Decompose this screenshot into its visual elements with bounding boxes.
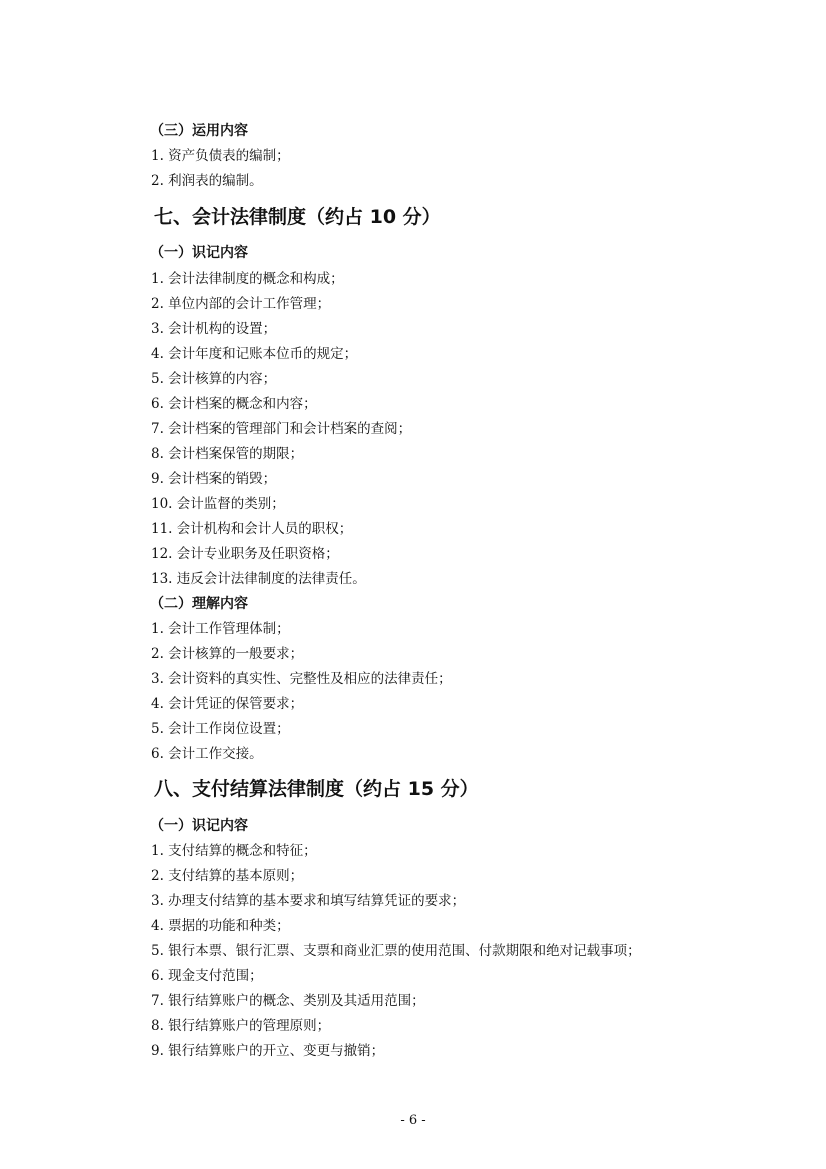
list-item: 6. 现金支付范围；	[151, 966, 263, 986]
list-item: 12. 会计专业职务及任职资格；	[151, 544, 339, 564]
list-item: 3. 会计机构的设置；	[151, 319, 276, 339]
subsection-heading: （一）识记内容	[150, 816, 248, 836]
subsection-heading: （二）理解内容	[150, 594, 248, 614]
list-item: 5. 会计核算的内容；	[151, 369, 276, 389]
document-page: - 6 - （三）运用内容1. 资产负债表的编制；2. 利润表的编制。七、会计法…	[0, 0, 826, 1169]
list-item: 4. 会计凭证的保管要求；	[151, 694, 303, 714]
section-heading: 七、会计法律制度（约占 10 分）	[154, 204, 441, 230]
list-item: 2. 会计核算的一般要求；	[151, 644, 303, 664]
list-item: 5. 银行本票、银行汇票、支票和商业汇票的使用范围、付款期限和绝对记载事项；	[151, 941, 641, 961]
list-item: 4. 会计年度和记账本位币的规定；	[151, 344, 357, 364]
subsection-heading: （一）识记内容	[150, 243, 248, 263]
section-heading: 八、支付结算法律制度（约占 15 分）	[154, 776, 479, 802]
list-item: 11. 会计机构和会计人员的职权；	[151, 519, 352, 539]
list-item: 7. 会计档案的管理部门和会计档案的查阅；	[151, 419, 411, 439]
list-item: 2. 利润表的编制。	[151, 171, 263, 191]
list-item: 2. 单位内部的会计工作管理；	[151, 294, 330, 314]
list-item: 13. 违反会计法律制度的法律责任。	[151, 569, 366, 589]
list-item: 9. 银行结算账户的开立、变更与撤销；	[151, 1041, 384, 1061]
list-item: 6. 会计档案的概念和内容；	[151, 394, 317, 414]
list-item: 1. 会计法律制度的概念和构成；	[151, 269, 344, 289]
subsection-heading: （三）运用内容	[150, 121, 248, 141]
page-number: - 6 -	[0, 1113, 826, 1128]
list-item: 3. 会计资料的真实性、完整性及相应的法律责任；	[151, 669, 452, 689]
list-item: 2. 支付结算的基本原则；	[151, 866, 303, 886]
list-item: 9. 会计档案的销毁；	[151, 469, 276, 489]
list-item: 1. 资产负债表的编制；	[151, 146, 290, 166]
list-item: 4. 票据的功能和种类；	[151, 916, 290, 936]
list-item: 10. 会计监督的类别；	[151, 494, 285, 514]
list-item: 5. 会计工作岗位设置；	[151, 719, 290, 739]
list-item: 7. 银行结算账户的概念、类别及其适用范围；	[151, 991, 425, 1011]
list-item: 3. 办理支付结算的基本要求和填写结算凭证的要求；	[151, 891, 465, 911]
list-item: 6. 会计工作交接。	[151, 744, 263, 764]
list-item: 1. 支付结算的概念和特征；	[151, 841, 317, 861]
list-item: 8. 会计档案保管的期限；	[151, 444, 303, 464]
list-item: 1. 会计工作管理体制；	[151, 619, 290, 639]
list-item: 8. 银行结算账户的管理原则；	[151, 1016, 330, 1036]
